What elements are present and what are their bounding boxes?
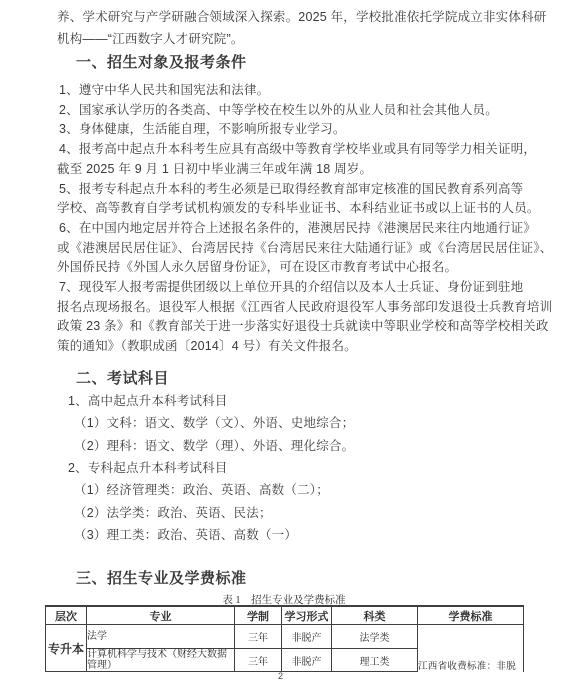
list-item-line: （1）文科：语文、数学（文）、外语、史地综合；: [74, 416, 354, 430]
cell-duration: 三年: [235, 625, 282, 649]
table-header-fee: 学费标准: [418, 606, 524, 625]
list-item-line: 1、遵守中华人民共和国宪法和法律。: [59, 83, 269, 97]
cell-fee-note: 江西省收费标准：非脱: [418, 625, 524, 672]
section3-heading: 三、招生专业及学费标准: [76, 570, 247, 587]
list-item-line: （2）法学类：政治、英语、民法；: [74, 506, 272, 520]
table-row: 专升本 法学 三年 非脱产 法学类 江西省收费标准：非脱: [46, 625, 524, 649]
list-item-line: 2、国家承认学历的各类高、中等学校在校生以外的从业人员和社会其他人员。: [59, 103, 498, 117]
list-item-line: 策的通知》（教职成函〔2014〕4 号）有关文件报名。: [57, 339, 357, 353]
document-page: 养、学术研究与产学研融合领域深入探索。2025 年，学校批准依托学院成立非实体科…: [0, 0, 563, 684]
list-item-line: 政策 23 条》和《教育部关于进一步落实好退役士兵就读中等职业学校和高等学校相关…: [57, 319, 549, 333]
list-item-line: 截至 2025 年 9 月 1 日初中毕业满三年或年满 18 周岁。: [57, 162, 372, 176]
list-item-line: 3、身体健康，生活能自理，不影响所报专业学习。: [59, 122, 346, 136]
list-item-line: （2）理科：语文、数学（理）、外语、理化综合。: [74, 439, 354, 453]
table-header-major: 专业: [87, 606, 235, 625]
cell-category: 法学类: [332, 625, 418, 649]
list-item-line: 外国侨民持《外国人永久居留身份证》，可在设区市教育考试中心报名。: [57, 260, 457, 274]
list-item-line: （3）理工类：政治、英语、高数（一）: [74, 528, 297, 542]
table-header-study-form: 学习形式: [282, 606, 332, 625]
table-header-duration: 学制: [235, 606, 282, 625]
list-item-line: 5、报考专科起点升本科的考生必须是已取得经教育部审定核准的国民教育系列高等: [59, 182, 523, 196]
tuition-table: 层次 专业 学制 学习形式 科类 学费标准 专升本 法学 三年 非脱产 法学类 …: [45, 605, 524, 672]
list-item-line: 1、高中起点升本科考试科目: [68, 394, 228, 408]
cell-major: 计算机科学与技术（财经大数据管理）: [87, 649, 235, 672]
cell-study-form: 非脱产: [282, 625, 332, 649]
list-item-line: 或《港澳居民居住证》、台湾居民持《台湾居民来往大陆通行证》或《台湾居民居住证》、: [57, 241, 553, 255]
intro-line: 机构——“江西数字人才研究院”。: [57, 32, 244, 46]
cell-category: 理工类: [332, 649, 418, 672]
cell-duration: 三年: [235, 649, 282, 672]
table-header-level: 层次: [46, 606, 87, 625]
list-item-line: 4、报考高中起点升本科考生应具有高级中等教育学校毕业或具有同等学力相关证明，: [59, 142, 536, 156]
list-item-line: （1）经济管理类：政治、英语、高数（二）；: [74, 483, 329, 497]
list-item-line: 学校、高等教育自学考试机构颁发的专科毕业证书、本科结业证书或以上证书的人员。: [57, 201, 540, 215]
list-item-line: 2、专科起点升本科考试科目: [68, 461, 228, 475]
list-item-line: 7、现役军人报考需提供团级以上单位开具的介绍信以及本人士兵证、身份证到驻地: [59, 280, 523, 294]
cell-study-form: 非脱产: [282, 649, 332, 672]
cell-major: 法学: [87, 625, 235, 649]
page-number: 2: [278, 671, 283, 681]
section2-heading: 二、考试科目: [76, 370, 169, 387]
table-header-category: 科类: [332, 606, 418, 625]
list-item-line: 报名点现场报名。退役军人根据《江西省人民政府退役军人事务部印发退役士兵教育培训: [57, 300, 552, 314]
table-header-row: 层次 专业 学制 学习形式 科类 学费标准: [46, 606, 524, 625]
cell-level: 专升本: [46, 625, 87, 672]
section1-heading: 一、招生对象及报考条件: [76, 54, 247, 71]
list-item-line: 6、在中国内地定居并符合上述报名条件的，港澳居民持《港澳居民来往内地通行证》: [59, 221, 536, 235]
intro-line: 养、学术研究与产学研融合领域深入探索。2025 年，学校批准依托学院成立非实体科…: [57, 10, 546, 24]
